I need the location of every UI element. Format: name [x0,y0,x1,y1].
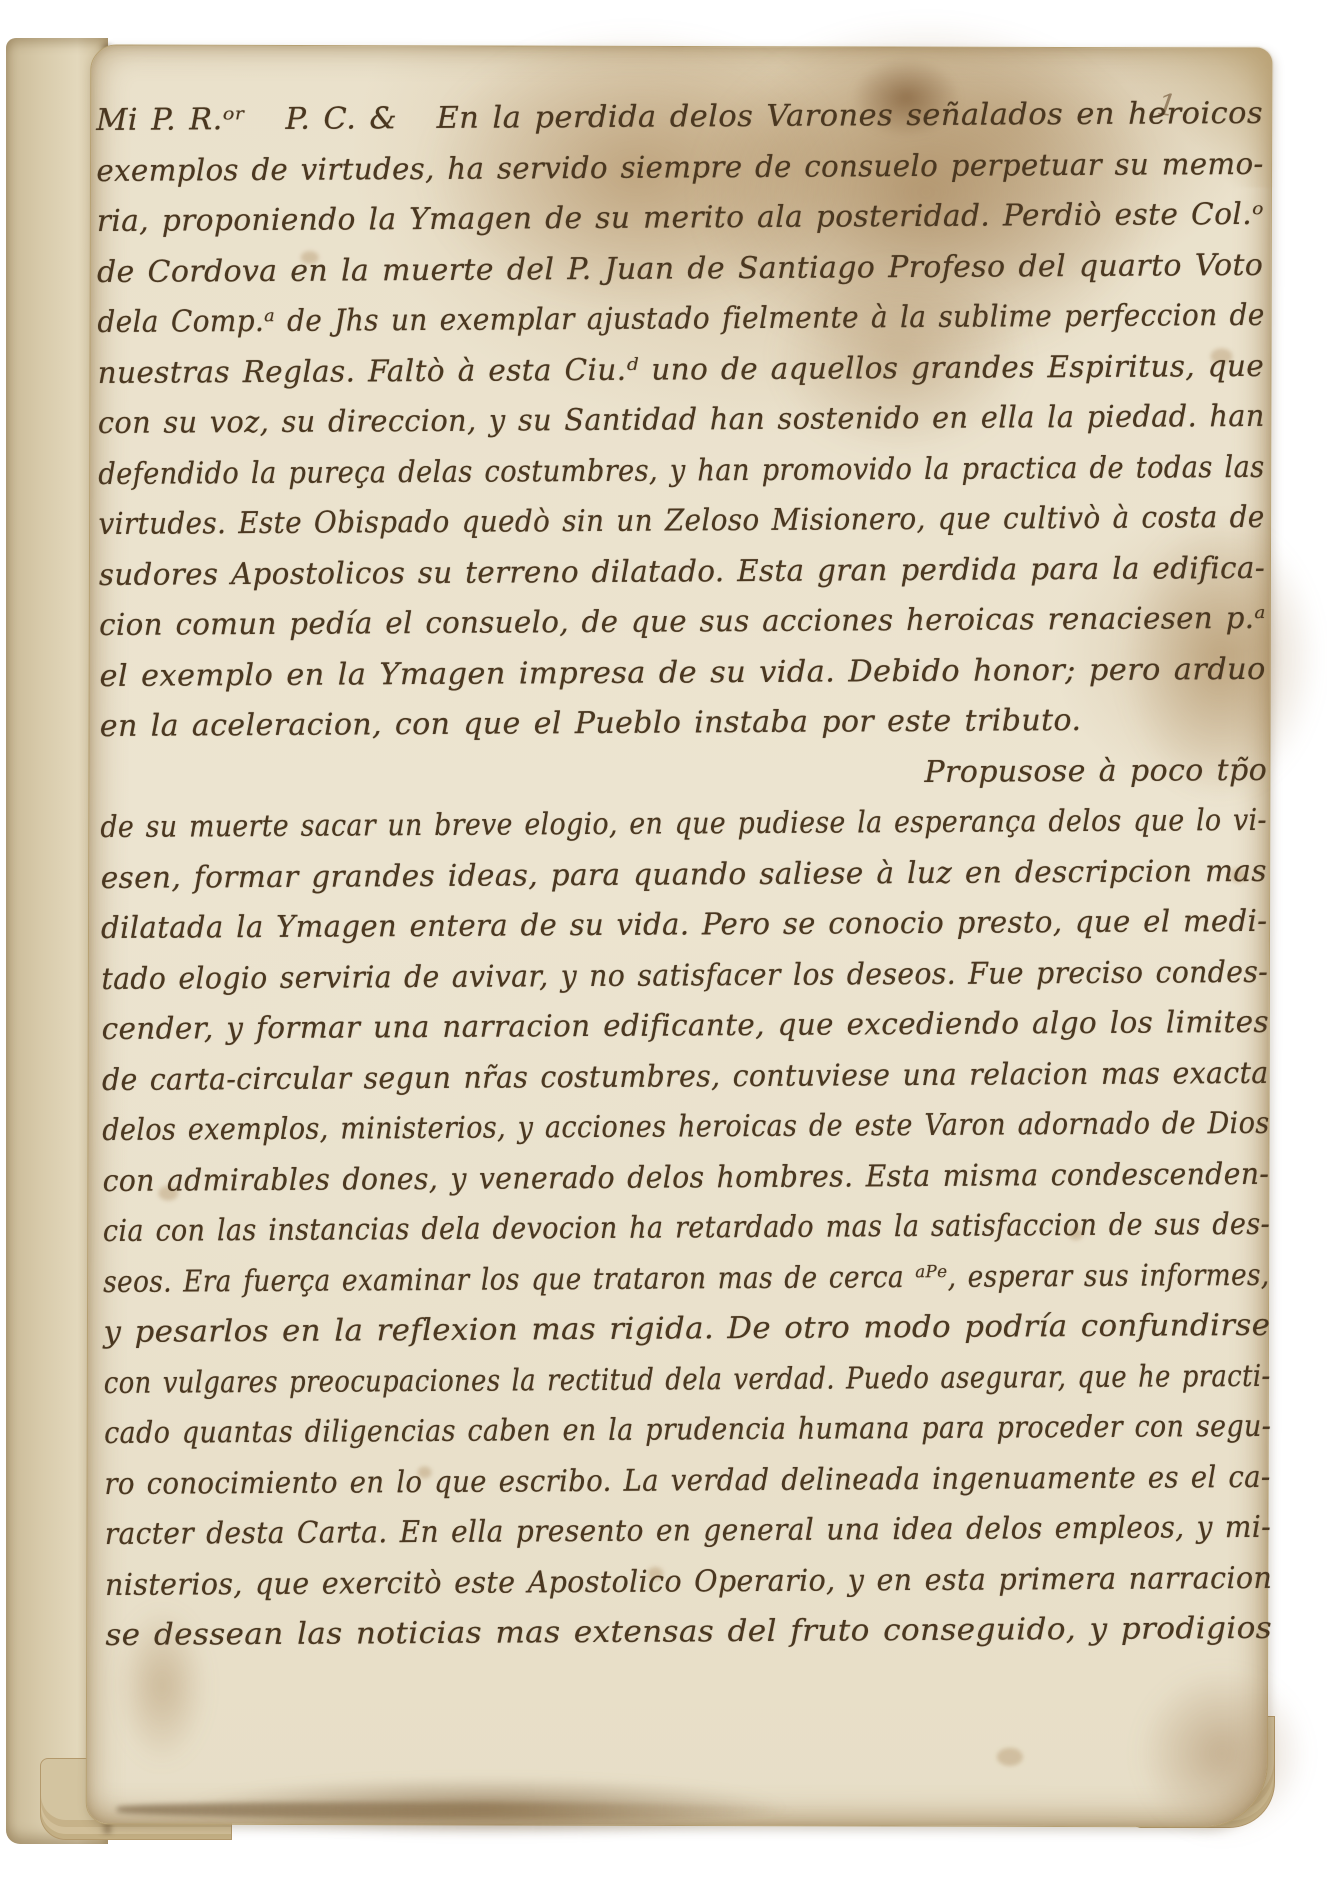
text-line: cender, y formar una narracion edificant… [102,998,1269,1056]
text-line: dilatada la Ymagen entera de su vida. Pe… [101,897,1268,955]
text-line: defendido la pureça delas costumbres, y … [98,442,1265,500]
text-line: Propusose à poco tp̃o [100,745,1267,803]
text-line: el exemplo en la Ymagen impresa de su vi… [99,644,1266,702]
text-line: con su voz, su direccion, y su Santidad … [98,392,1265,450]
manuscript-text: Mi P. R.ᵒʳ P. C. & En la perdida delos V… [96,89,1273,1662]
text-line: delos exemplos, ministerios, y acciones … [102,1099,1269,1157]
text-line: tado elogio serviria de avivar, y no sat… [101,947,1268,1005]
manuscript-photograph: 1 Mi P. R.ᵒʳ P. C. & En la perdida delos… [0,0,1327,1890]
text-line: con vulgares preocupaciones la rectitud … [104,1351,1271,1409]
text-line: virtudes. Este Obispado quedò sin un Zel… [98,493,1265,551]
text-line: exemplos de virtudes, ha servido siempre… [96,139,1263,197]
text-line: y pesarlos en la reflexion mas rigida. D… [103,1301,1270,1359]
text-line: cia con las instancias dela devocion ha … [103,1200,1270,1258]
text-line: cado quantas diligencias caben en la pru… [104,1402,1271,1460]
worn-bottom-edge [117,1802,797,1820]
text-line: racter desta Carta. En ella presento en … [105,1503,1272,1561]
corner-stain [1137,1668,1307,1838]
text-line: seos. Era fuerça examinar los que tratar… [103,1250,1270,1308]
text-line: nisterios, que exercitò este Apostolico … [105,1553,1272,1611]
text-line: en la aceleracion, con que el Pueblo ins… [100,695,1267,753]
text-line: esen, formar grandes ideas, para quando … [101,846,1268,904]
text-line: cion comun pedía el consuelo, de que sus… [99,594,1266,652]
text-line: Mi P. R.ᵒʳ P. C. & En la perdida delos V… [96,89,1263,147]
text-line: dela Comp.ᵃ de Jhs un exemplar ajustado … [97,291,1264,349]
text-line: de su muerte sacar un breve elogio, en q… [100,796,1267,854]
text-line: de carta-circular segun nr̃as costumbres… [102,1048,1269,1106]
text-line: ria, proponiendo la Ymagen de su merito … [97,190,1264,248]
text-line: se dessean las noticias mas extensas del… [105,1604,1272,1662]
text-line: sudores Apostolicos su terreno dilatado.… [99,543,1266,601]
text-line: nuestras Reglas. Faltò à esta Ciu.ᵈ uno … [98,341,1265,399]
foxing-spot [997,1748,1023,1766]
text-line: ro conocimiento en lo que escribo. La ve… [104,1452,1271,1510]
text-line: con admirables dones, y venerado delos h… [102,1149,1269,1207]
text-line: de Cordova en la muerte del P. Juan de S… [97,240,1264,298]
